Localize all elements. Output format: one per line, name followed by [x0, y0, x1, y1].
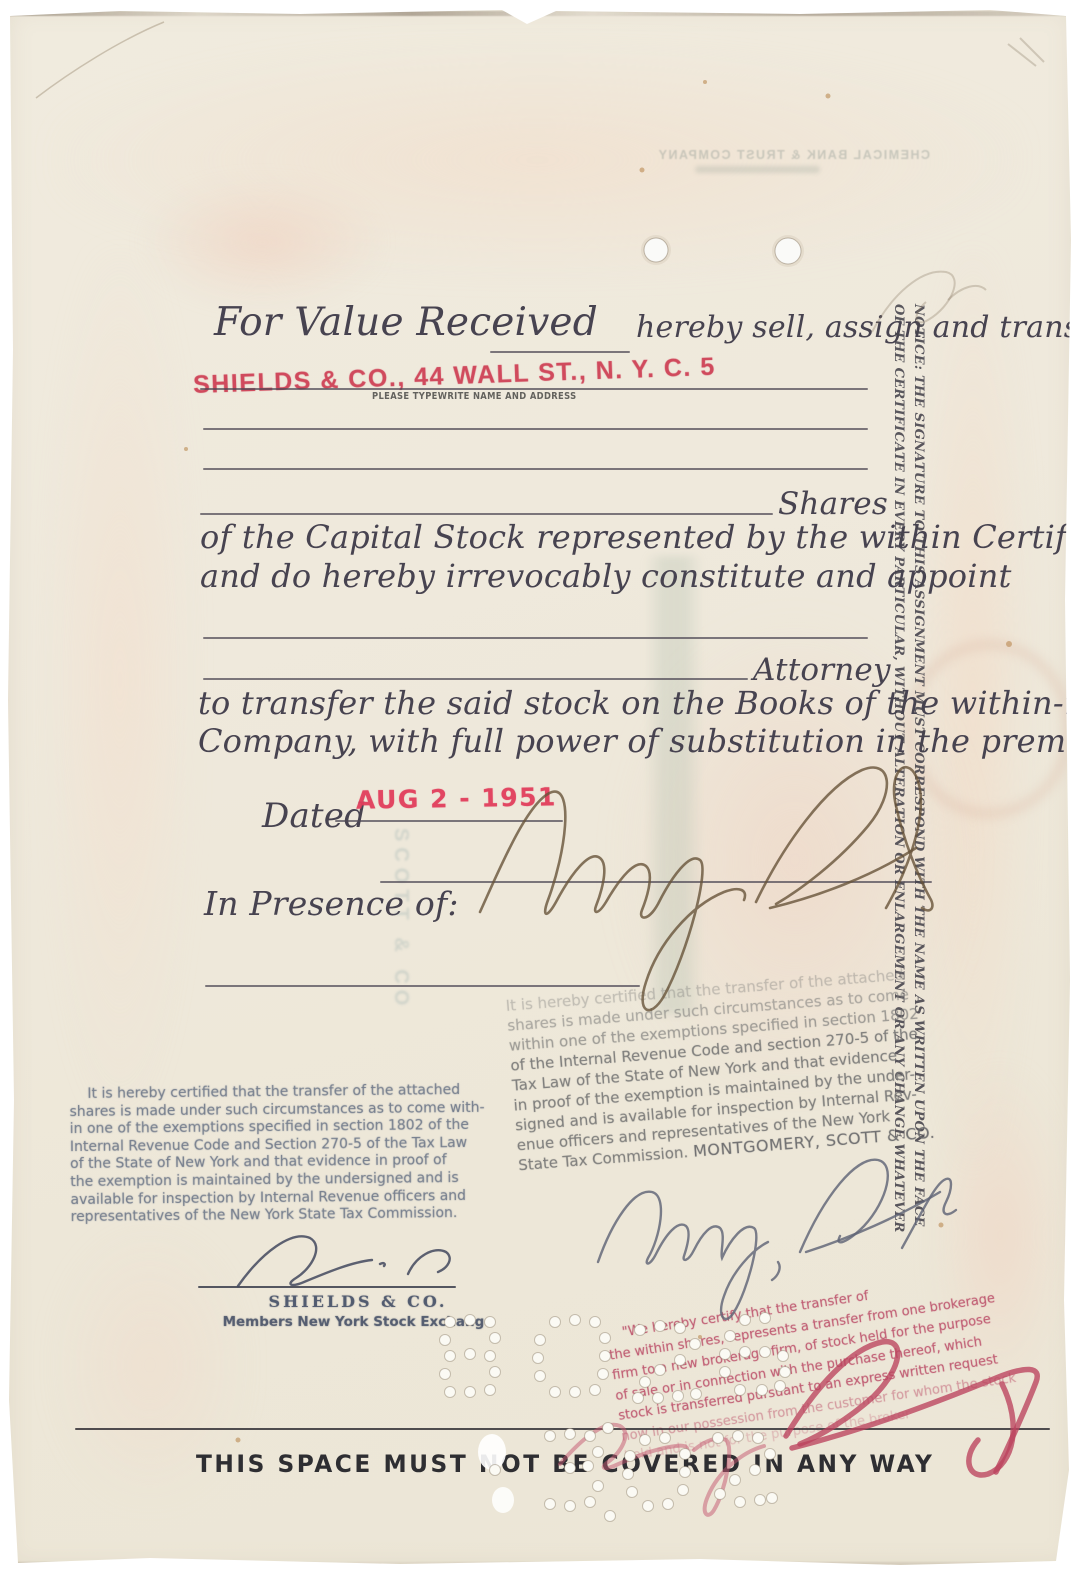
- stamp-line: representatives of the New York State Ta…: [71, 1205, 473, 1227]
- date-stamp: AUG 2 - 1951: [356, 782, 557, 815]
- witness-line: [205, 985, 640, 987]
- shields-signature: [238, 1236, 450, 1286]
- scanned-certificate-back: CHEMICAL BANK & TRUST COMPANY SCOTT & CO…: [0, 0, 1080, 1574]
- mirrored-subline: [695, 166, 820, 173]
- shields-firm-name: SHIELDS & CO.: [218, 1292, 498, 1311]
- notice-line-2: OF THE CERTIFICATE IN EVERY PARTICULAR, …: [888, 304, 908, 944]
- in-presence-label: In Presence of:: [204, 884, 459, 923]
- notice-line-1: NOTICE: THE SIGNATURE TO THIS ASSIGNMENT…: [908, 304, 928, 944]
- vertical-showthrough-text: SCOTT & CO: [372, 828, 412, 1088]
- paper-tear: [492, 1487, 514, 1513]
- shares-label: Shares: [778, 486, 888, 522]
- name-line-1: [200, 388, 868, 390]
- bottom-rule: [75, 1428, 1050, 1430]
- signature-line: [380, 881, 932, 883]
- transfer-certification-stamp: "We hereby certify that the transfer of …: [605, 1257, 1080, 1468]
- capital-stock-text-1: of the Capital Stock represented by the …: [200, 518, 1080, 556]
- montgomery-certification-stamp: It is hereby certified that the transfer…: [505, 963, 936, 1175]
- dated-label: Dated: [262, 796, 366, 836]
- certificate-paper: CHEMICAL BANK & TRUST COMPANY SCOTT & CO…: [0, 0, 1080, 1574]
- date-line: [335, 820, 563, 822]
- tint-left-band: [50, 250, 190, 1110]
- paper-bottom-edge: [14, 1562, 1062, 1567]
- attorney-line: [203, 678, 748, 680]
- shields-signature-line: [198, 1286, 456, 1288]
- name-line-2: [203, 428, 868, 430]
- typewrite-instruction: PLEASE TYPEWRITE NAME AND ADDRESS: [372, 391, 576, 402]
- mirrored-company-name: CHEMICAL BANK & TRUST COMPANY: [580, 148, 930, 162]
- attorney-label: Attorney: [753, 652, 891, 688]
- blank-after-received: [490, 351, 630, 353]
- for-value-received-label: For Value Received: [214, 300, 598, 345]
- footer-warning: THIS SPACE MUST NOT BE COVERED IN ANY WA…: [196, 1450, 934, 1478]
- pencil-scribble: [872, 38, 1044, 332]
- paper-top-edge: [10, 11, 1068, 16]
- appoint-line: [203, 637, 868, 639]
- attorney-text-1: to transfer the said stock on the Books …: [198, 684, 1080, 722]
- punch-holes: [641, 235, 804, 267]
- shields-membership: Members New York Stock Exchange: [182, 1314, 534, 1330]
- green-band-showthrough: [646, 556, 702, 1014]
- name-line-3: [203, 468, 868, 470]
- tint-topleft-blob: [145, 180, 380, 305]
- paper-crease: [36, 22, 164, 98]
- attorney-text-2: Company, with full power of substitution…: [198, 722, 1080, 760]
- transfer-unto-phrase: hereby sell, assign and transfer unto: [636, 310, 1080, 345]
- shields-certification-stamp: It is hereby certified that the transfer…: [69, 1082, 472, 1227]
- signature-notice: NOTICE: THE SIGNATURE TO THIS ASSIGNMENT…: [888, 304, 928, 944]
- shares-line: [200, 513, 773, 515]
